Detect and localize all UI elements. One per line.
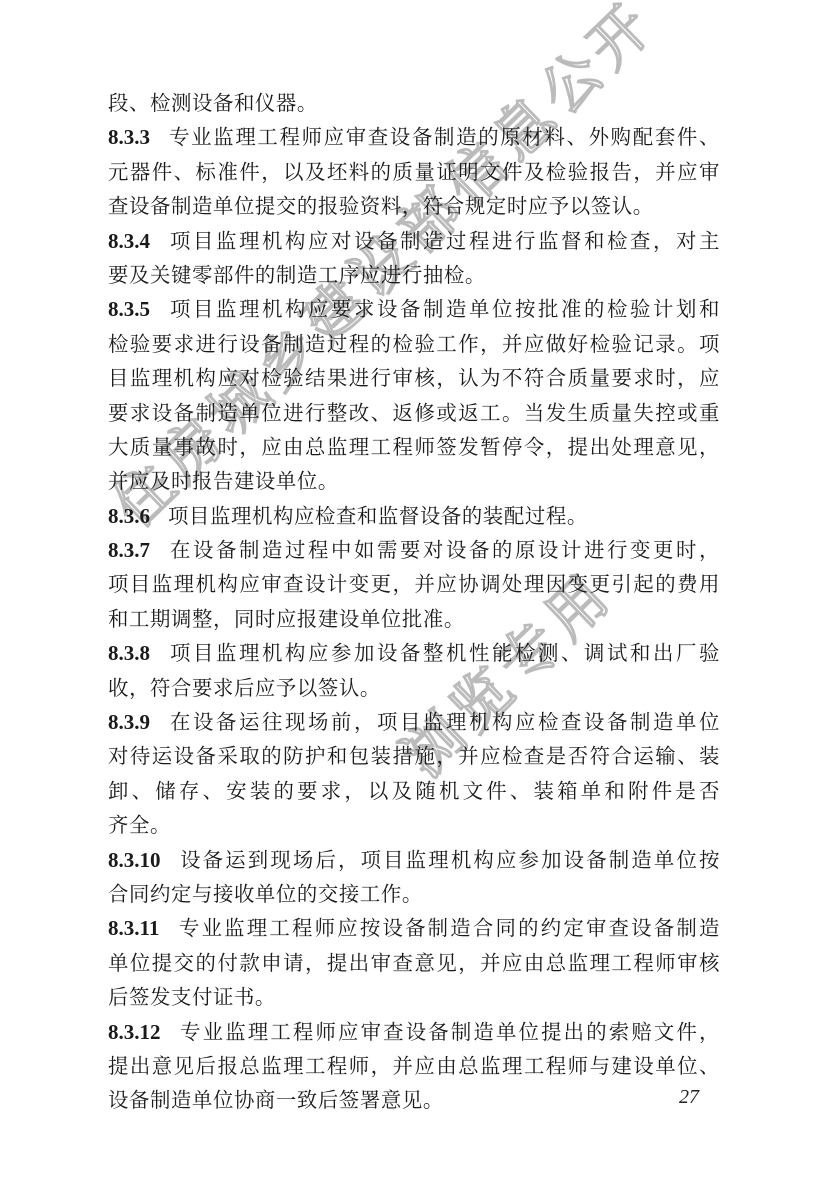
line-text: 收，符合要求后应予以签认。 bbox=[108, 676, 381, 700]
text-line: 设备制造单位协商一致后签署意见。 bbox=[108, 1083, 720, 1117]
line-text: 项目监理机构应要求设备制造单位按批准的检验计划和 bbox=[168, 297, 720, 321]
line-text: 查设备制造单位提交的报验资料，符合规定时应予以签认。 bbox=[108, 194, 654, 218]
line-text: 段、检测设备和仪器。 bbox=[108, 91, 318, 115]
text-line: 合同约定与接收单位的交接工作。 bbox=[108, 877, 720, 911]
text-line: 卸、储存、安装的要求，以及随机文件、装箱单和附件是否 bbox=[108, 774, 720, 808]
line-text: 卸、储存、安装的要求，以及随机文件、装箱单和附件是否 bbox=[108, 779, 720, 803]
clause-number: 8.3.12 bbox=[108, 1020, 161, 1044]
line-text: 设备制造单位协商一致后签署意见。 bbox=[108, 1088, 444, 1112]
line-text: 在设备制造过程中如需要对设备的原设计进行变更时， bbox=[168, 538, 720, 562]
line-text: 专业监理工程师应审查设备制造的原材料、外购配套件、 bbox=[168, 125, 720, 149]
text-line: 提出意见后报总监理工程师，并应由总监理工程师与建设单位、 bbox=[108, 1049, 720, 1083]
document-body: 段、检测设备和仪器。8.3.3专业监理工程师应审查设备制造的原材料、外购配套件、… bbox=[108, 86, 720, 1118]
line-text: 大质量事故时，应由总监理工程师签发暂停令，提出处理意见， bbox=[108, 435, 720, 459]
text-line: 并应及时报告建设单位。 bbox=[108, 464, 720, 498]
clause-line: 8.3.11专业监理工程师应按设备制造合同的约定审查设备制造 bbox=[108, 911, 720, 945]
line-text: 和工期调整，同时应报建设单位批准。 bbox=[108, 607, 465, 631]
text-line: 大质量事故时，应由总监理工程师签发暂停令，提出处理意见， bbox=[108, 430, 720, 464]
clause-line: 8.3.7在设备制造过程中如需要对设备的原设计进行变更时， bbox=[108, 533, 720, 567]
clause-line: 8.3.5项目监理机构应要求设备制造单位按批准的检验计划和 bbox=[108, 292, 720, 326]
text-line: 查设备制造单位提交的报验资料，符合规定时应予以签认。 bbox=[108, 189, 720, 223]
clause-line: 8.3.8项目监理机构应参加设备整机性能检测、调试和出厂验 bbox=[108, 636, 720, 670]
clause-number: 8.3.8 bbox=[108, 641, 150, 665]
text-line: 收，符合要求后应予以签认。 bbox=[108, 671, 720, 705]
line-text: 项目监理机构应对设备制造过程进行监督和检查，对主 bbox=[168, 229, 720, 253]
text-line: 和工期调整，同时应报建设单位批准。 bbox=[108, 602, 720, 636]
line-text: 并应及时报告建设单位。 bbox=[108, 469, 339, 493]
line-text: 项目监理机构应参加设备整机性能检测、调试和出厂验 bbox=[168, 641, 720, 665]
line-text: 要求设备制造单位进行整改、返修或返工。当发生质量失控或重 bbox=[108, 401, 720, 425]
line-text: 设备运到现场后，项目监理机构应参加设备制造单位按 bbox=[179, 848, 721, 872]
clause-number: 8.3.9 bbox=[108, 710, 150, 734]
line-text: 项目监理机构应审查设计变更，并应协调处理因变更引起的费用 bbox=[108, 572, 720, 596]
line-text: 齐全。 bbox=[108, 813, 171, 837]
clause-line: 8.3.4项目监理机构应对设备制造过程进行监督和检查，对主 bbox=[108, 224, 720, 258]
line-text: 目监理机构应对检验结果进行审核，认为不符合质量要求时，应 bbox=[108, 366, 720, 390]
text-line: 单位提交的付款申请，提出审查意见，并应由总监理工程师审核 bbox=[108, 946, 720, 980]
text-line: 对待运设备采取的防护和包装措施，并应检查是否符合运输、装 bbox=[108, 739, 720, 773]
clause-number: 8.3.6 bbox=[108, 504, 150, 528]
line-text: 后签发支付证书。 bbox=[108, 985, 276, 1009]
line-text: 专业监理工程师应审查设备制造单位提出的索赔文件， bbox=[179, 1020, 721, 1044]
text-line: 段、检测设备和仪器。 bbox=[108, 86, 720, 120]
text-line: 要求设备制造单位进行整改、返修或返工。当发生质量失控或重 bbox=[108, 396, 720, 430]
line-text: 要及关键零部件的制造工序应进行抽检。 bbox=[108, 263, 486, 287]
clause-line: 8.3.10设备运到现场后，项目监理机构应参加设备制造单位按 bbox=[108, 843, 720, 877]
line-text: 对待运设备采取的防护和包装措施，并应检查是否符合运输、装 bbox=[108, 744, 720, 768]
text-line: 要及关键零部件的制造工序应进行抽检。 bbox=[108, 258, 720, 292]
line-text: 单位提交的付款申请，提出审查意见，并应由总监理工程师审核 bbox=[108, 951, 720, 975]
text-line: 元器件、标准件，以及坯料的质量证明文件及检验报告，并应审 bbox=[108, 155, 720, 189]
clause-number: 8.3.11 bbox=[108, 916, 159, 940]
text-line: 检验要求进行设备制造过程的检验工作，并应做好检验记录。项 bbox=[108, 327, 720, 361]
page-number: 27 bbox=[679, 1086, 699, 1109]
line-text: 专业监理工程师应按设备制造合同的约定审查设备制造 bbox=[177, 916, 720, 940]
clause-line: 8.3.12专业监理工程师应审查设备制造单位提出的索赔文件， bbox=[108, 1015, 720, 1049]
line-text: 检验要求进行设备制造过程的检验工作，并应做好检验记录。项 bbox=[108, 332, 720, 356]
clause-number: 8.3.5 bbox=[108, 297, 150, 321]
clause-line: 8.3.9在设备运往现场前，项目监理机构应检查设备制造单位 bbox=[108, 705, 720, 739]
text-line: 项目监理机构应审查设计变更，并应协调处理因变更引起的费用 bbox=[108, 567, 720, 601]
text-line: 后签发支付证书。 bbox=[108, 980, 720, 1014]
line-text: 在设备运往现场前，项目监理机构应检查设备制造单位 bbox=[168, 710, 720, 734]
clause-number: 8.3.10 bbox=[108, 848, 161, 872]
line-text: 项目监理机构应检查和监督设备的装配过程。 bbox=[168, 504, 588, 528]
clause-line: 8.3.6项目监理机构应检查和监督设备的装配过程。 bbox=[108, 499, 720, 533]
text-line: 目监理机构应对检验结果进行审核，认为不符合质量要求时，应 bbox=[108, 361, 720, 395]
clause-number: 8.3.3 bbox=[108, 125, 150, 149]
line-text: 提出意见后报总监理工程师，并应由总监理工程师与建设单位、 bbox=[108, 1054, 720, 1078]
line-text: 元器件、标准件，以及坯料的质量证明文件及检验报告，并应审 bbox=[108, 160, 720, 184]
clause-line: 8.3.3专业监理工程师应审查设备制造的原材料、外购配套件、 bbox=[108, 120, 720, 154]
clause-number: 8.3.7 bbox=[108, 538, 150, 562]
line-text: 合同约定与接收单位的交接工作。 bbox=[108, 882, 423, 906]
clause-number: 8.3.4 bbox=[108, 229, 150, 253]
text-line: 齐全。 bbox=[108, 808, 720, 842]
